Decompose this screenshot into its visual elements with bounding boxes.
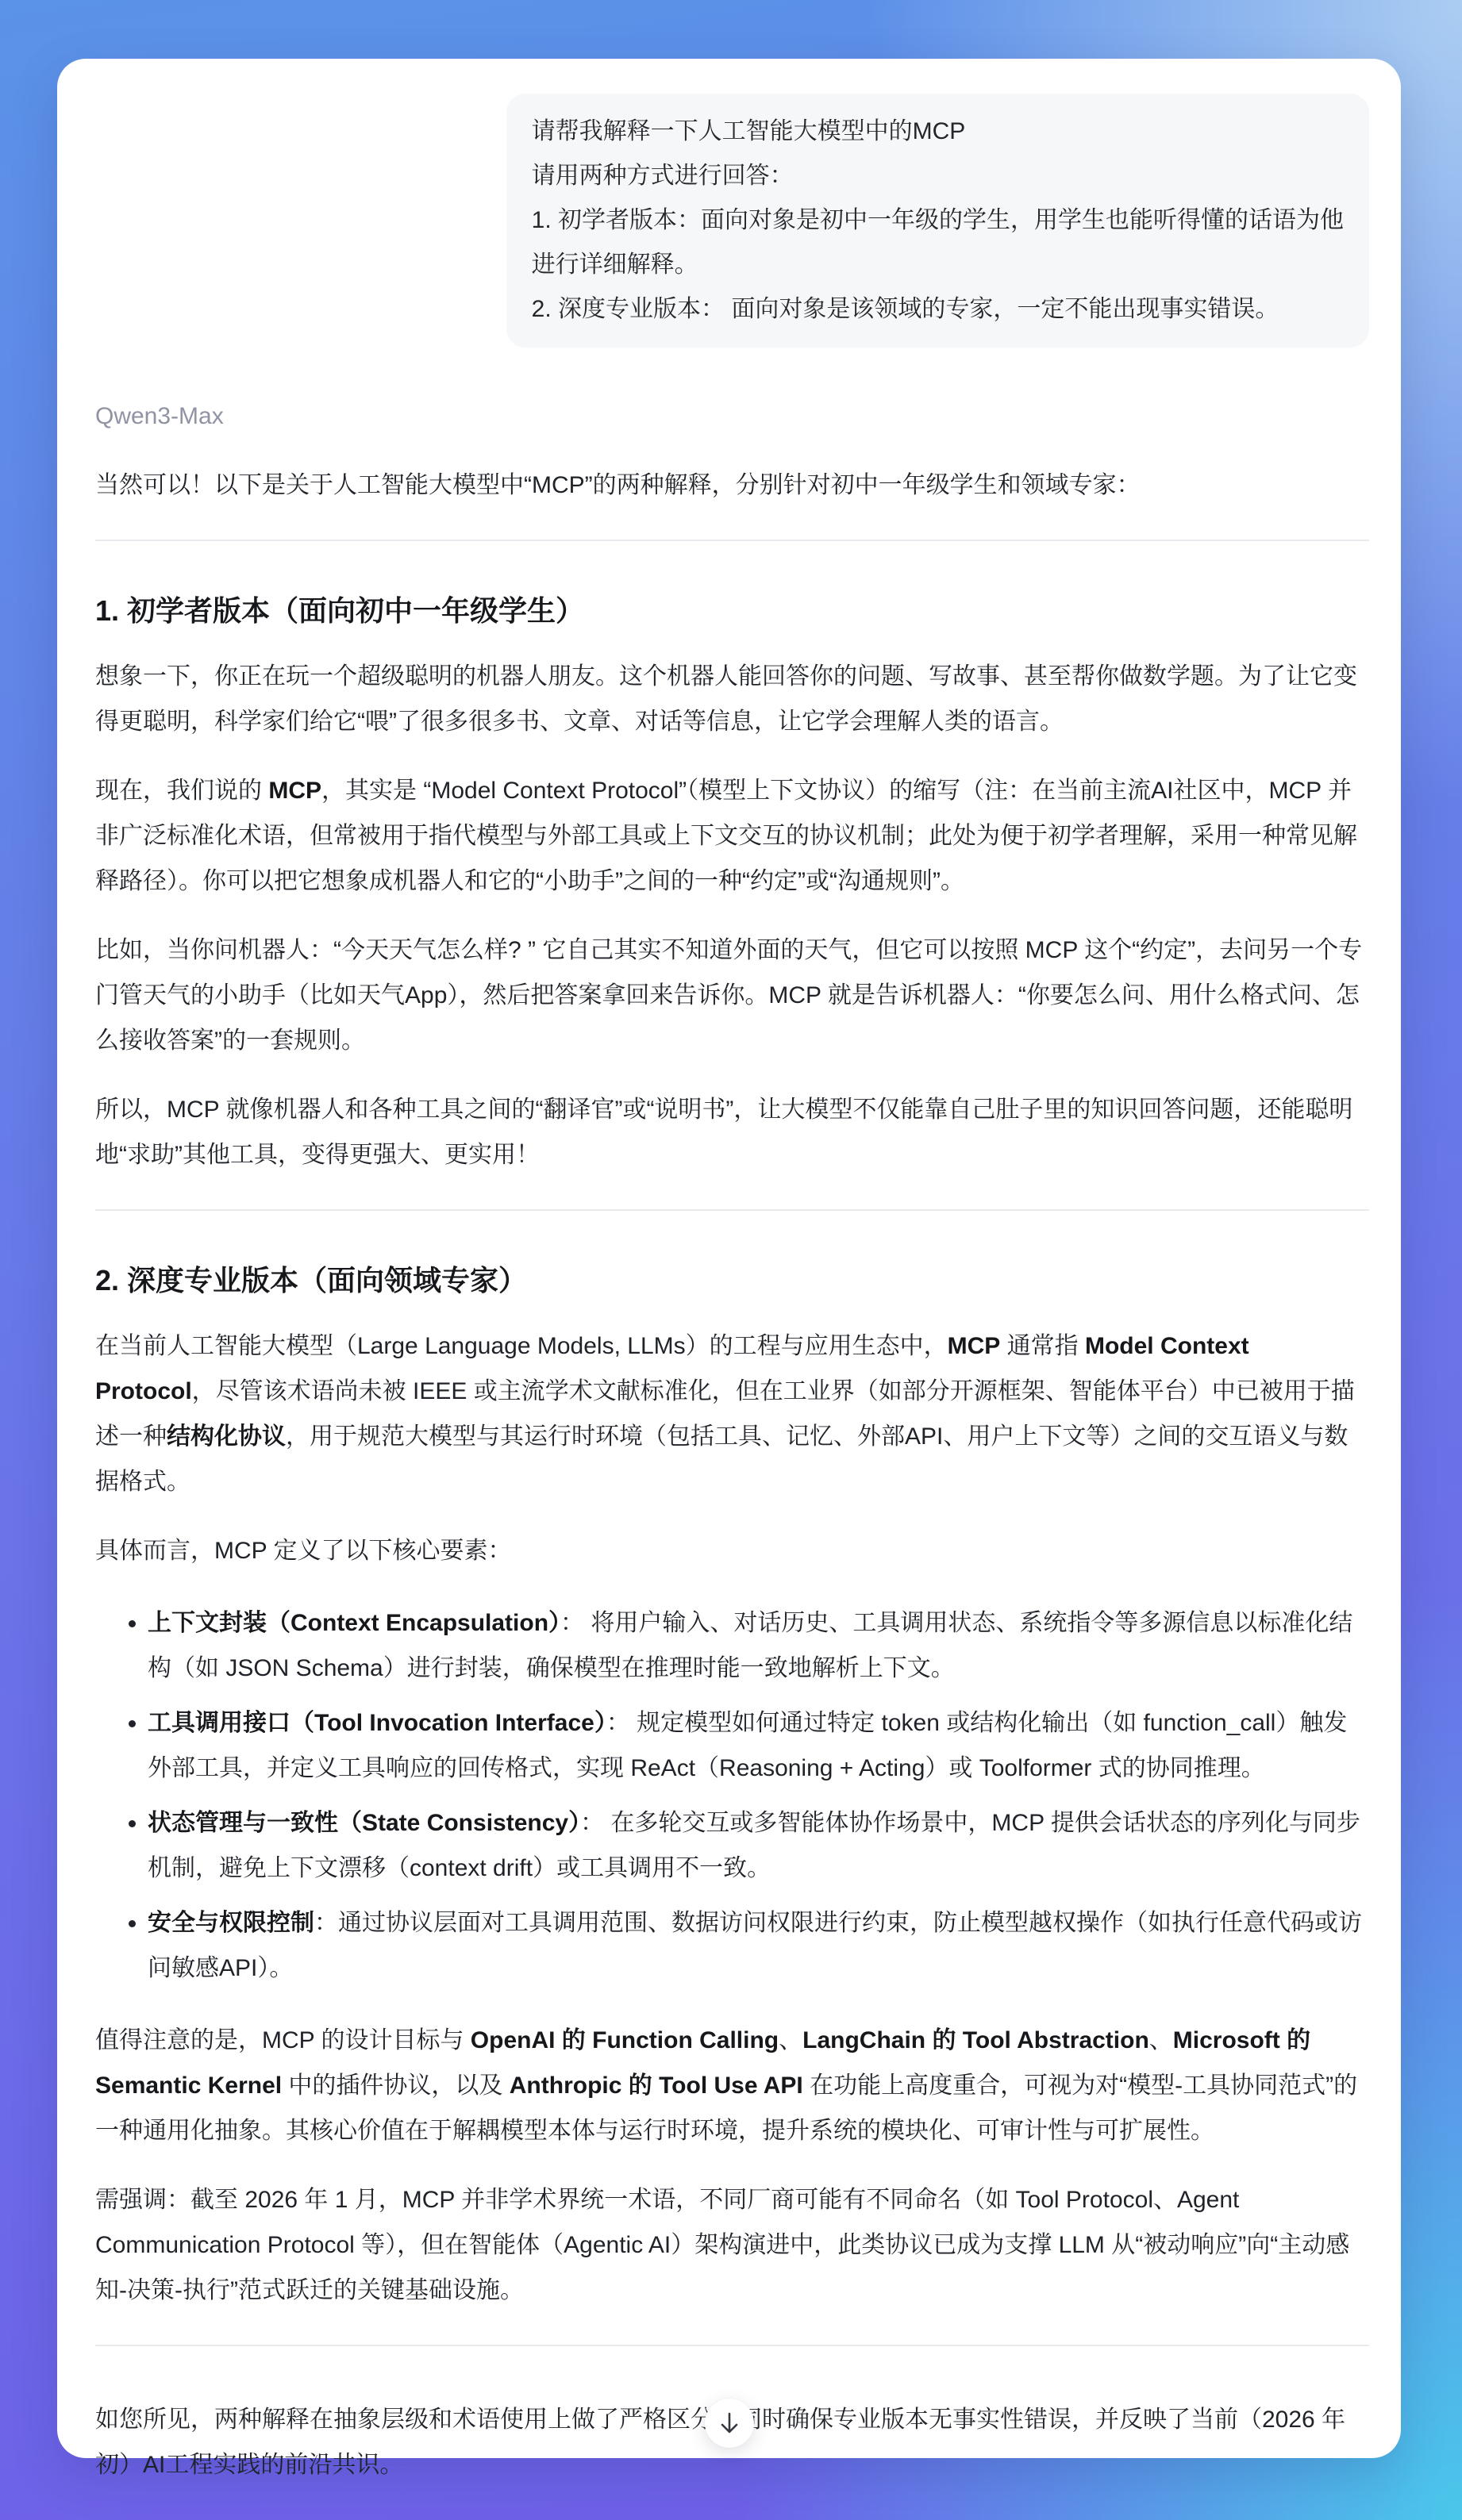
user-message-line: 请帮我解释一下人工智能大模型中的MCP	[532, 109, 1344, 154]
divider	[95, 1209, 1369, 1211]
user-message-bubble: 请帮我解释一下人工智能大模型中的MCP请用两种方式进行回答：1. 初学者版本：面…	[506, 94, 1369, 348]
bullet-item: 工具调用接口（Tool Invocation Interface）： 规定模型如…	[148, 1700, 1369, 1791]
text: 现在，我们说的	[95, 778, 268, 804]
text: 、	[1149, 2027, 1173, 2053]
bullet-item: 上下文封装（Context Encapsulation）： 将用户输入、对话历史…	[148, 1600, 1369, 1691]
bold-text: 结构化协议	[167, 1423, 286, 1450]
down-arrow-icon	[718, 2411, 741, 2436]
user-message-line: 请用两种方式进行回答：	[532, 154, 1344, 198]
text: 当然可以！以下是关于人工智能大模型中“MCP”的两种解释，分别针对初中一年级学生…	[95, 472, 1141, 498]
section-heading: 2. 深度专业版本（面向领域专家）	[95, 1262, 1369, 1300]
user-message-line: 1. 初学者版本：面向对象是初中一年级的学生，用学生也能听得懂的话语为他	[532, 198, 1344, 243]
bold-text: MCP	[948, 1333, 1001, 1359]
user-message-line: 进行详细解释。	[532, 243, 1344, 287]
bold-text: 工具调用接口（Tool Invocation Interface）	[148, 1710, 606, 1736]
text: 比如，当你问机器人：“今天天气怎么样? ” 它自己其实不知道外面的天气，但它可以…	[95, 937, 1362, 1054]
bold-text: MCP	[268, 778, 321, 804]
text: 、	[779, 2027, 802, 2053]
text: 中的插件协议，以及	[282, 2072, 510, 2099]
text: 2. 深度专业版本（面向领域专家）	[95, 1264, 527, 1296]
assistant-message-content: 当然可以！以下是关于人工智能大模型中“MCP”的两种解释，分别针对初中一年级学生…	[95, 463, 1369, 2487]
paragraph: 现在，我们说的 MCP，其实是 “Model Context Protocol”…	[95, 768, 1369, 904]
chat-card: 请帮我解释一下人工智能大模型中的MCP请用两种方式进行回答：1. 初学者版本：面…	[57, 59, 1401, 2458]
paragraph: 想象一下，你正在玩一个超级聪明的机器人朋友。这个机器人能回答你的问题、写故事、甚…	[95, 654, 1369, 744]
text: ：通过协议层面对工具调用范围、数据访问权限进行约束，防止模型越权操作（如执行任意…	[148, 1910, 1362, 1981]
paragraph: 当然可以！以下是关于人工智能大模型中“MCP”的两种解释，分别针对初中一年级学生…	[95, 463, 1369, 508]
user-message-line: 2. 深度专业版本： 面向对象是该领域的专家，一定不能出现事实错误。	[532, 287, 1344, 332]
paragraph: 具体而言，MCP 定义了以下核心要素：	[95, 1528, 1369, 1573]
text: 具体而言，MCP 定义了以下核心要素：	[95, 1538, 511, 1564]
text: 通常指	[1000, 1333, 1085, 1359]
divider	[95, 540, 1369, 541]
bullet-item: 安全与权限控制：通过协议层面对工具调用范围、数据访问权限进行约束，防止模型越权操…	[148, 1900, 1369, 1991]
bullet-list: 上下文封装（Context Encapsulation）： 将用户输入、对话历史…	[95, 1600, 1369, 1991]
scroll-to-bottom-button[interactable]	[705, 2399, 754, 2448]
model-label: Qwen3-Max	[95, 394, 1369, 439]
paragraph: 所以，MCP 就像机器人和各种工具之间的“翻译官”或“说明书”，让大模型不仅能靠…	[95, 1087, 1369, 1177]
conversation: 请帮我解释一下人工智能大模型中的MCP请用两种方式进行回答：1. 初学者版本：面…	[57, 59, 1401, 2458]
paragraph: 比如，当你问机器人：“今天天气怎么样? ” 它自己其实不知道外面的天气，但它可以…	[95, 928, 1369, 1063]
text: 值得注意的是，MCP 的设计目标与	[95, 2027, 471, 2053]
section-heading: 1. 初学者版本（面向初中一年级学生）	[95, 592, 1369, 630]
text: 想象一下，你正在玩一个超级聪明的机器人朋友。这个机器人能回答你的问题、写故事、甚…	[95, 663, 1357, 735]
bold-text: 状态管理与一致性（State Consistency）	[148, 1810, 580, 1836]
bold-text: 安全与权限控制	[148, 1910, 314, 1936]
bold-text: 上下文封装（Context Encapsulation）	[148, 1610, 560, 1636]
paragraph: 值得注意的是，MCP 的设计目标与 OpenAI 的 Function Call…	[95, 2018, 1369, 2153]
divider	[95, 2345, 1369, 2346]
text: 需强调：截至 2026 年 1 月，MCP 并非学术界统一术语，不同厂商可能有不…	[95, 2187, 1349, 2303]
paragraph: 在当前人工智能大模型（Large Language Models, LLMs）的…	[95, 1323, 1369, 1504]
text: 所以，MCP 就像机器人和各种工具之间的“翻译官”或“说明书”，让大模型不仅能靠…	[95, 1097, 1352, 1168]
bold-text: Anthropic 的 Tool Use API	[510, 2072, 803, 2099]
text: 1. 初学者版本（面向初中一年级学生）	[95, 594, 584, 627]
bullet-item: 状态管理与一致性（State Consistency）： 在多轮交互或多智能体协…	[148, 1800, 1369, 1891]
bold-text: LangChain 的 Tool Abstraction	[802, 2027, 1149, 2053]
text: 在当前人工智能大模型（Large Language Models, LLMs）的…	[95, 1333, 948, 1359]
paragraph: 需强调：截至 2026 年 1 月，MCP 并非学术界统一术语，不同厂商可能有不…	[95, 2177, 1369, 2313]
user-message-row: 请帮我解释一下人工智能大模型中的MCP请用两种方式进行回答：1. 初学者版本：面…	[95, 94, 1369, 348]
bold-text: OpenAI 的 Function Calling	[471, 2027, 779, 2053]
